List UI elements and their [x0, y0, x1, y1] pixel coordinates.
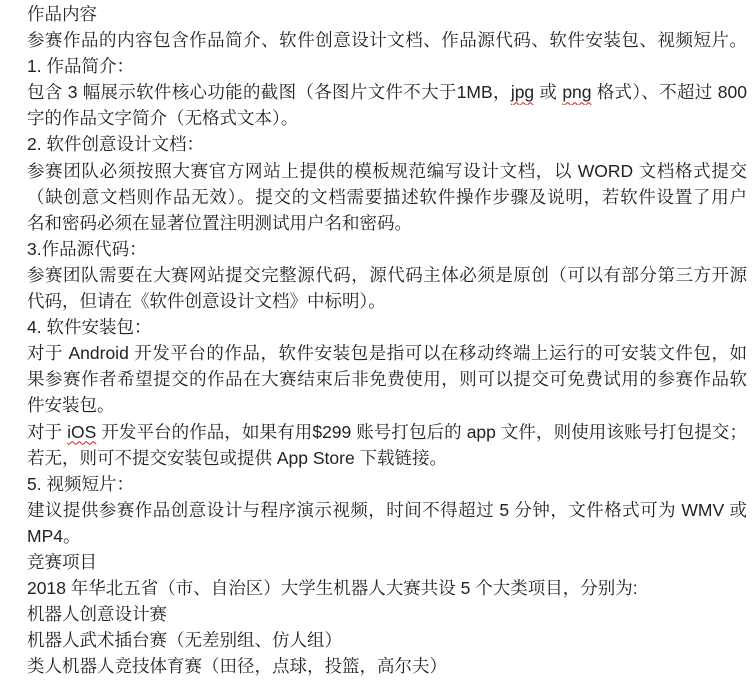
paragraph-line: 参赛团队需要在大赛网站提交完整源代码，源代码主体必须是原创（可以有部分第三方开源	[27, 262, 747, 288]
item-heading-1: 1. 作品简介：	[27, 53, 747, 79]
paragraph-line: MP4。	[27, 523, 747, 549]
paragraph-line: 若无，则可不提交安装包或提供 App Store 下载链接。	[27, 445, 747, 471]
paragraph-line: 对于 Android 开发平台的作品，软件安装包是指可以在移动终端上运行的可安装…	[27, 340, 747, 366]
event-list-line: 类人机器人竞技体育赛（田径，点球，投篮，高尔夫）	[27, 653, 747, 679]
paragraph-line: （缺创意文档则作品无效）。提交的文档需要描述软件操作步骤及说明，若软件设置了用户	[27, 184, 747, 210]
item-heading-3: 3.作品源代码：	[27, 236, 747, 262]
item-heading-2: 2. 软件创意设计文档：	[27, 131, 747, 157]
misspelled-word: png	[562, 82, 591, 102]
section-heading-work-content: 作品内容	[27, 1, 747, 27]
text-segment: 或	[534, 82, 562, 102]
paragraph-line: 2018 年华北五省（市、自治区）大学生机器人大赛共设 5 个大类项目，分别为:	[27, 575, 747, 601]
misspelled-word: iOS	[67, 422, 96, 442]
section-heading-competition-events: 竞赛项目	[27, 549, 747, 575]
paragraph-line: 包含 3 幅展示软件核心功能的截图（各图片文件不大于1MB，jpg 或 png …	[27, 79, 747, 105]
text-segment: 格式）、不超过 800	[592, 82, 747, 102]
paragraph-line: 果参赛作者希望提交的作品在大赛结束后非免费使用，则可以提交可免费试用的参赛作品软	[27, 366, 747, 392]
paragraph-line: 字的作品文字简介（无格式文本）。	[27, 105, 747, 131]
paragraph-line: 建议提供参赛作品创意设计与程序演示视频，时间不得超过 5 分钟，文件格式可为 W…	[27, 497, 747, 523]
text-segment: 对于	[27, 422, 67, 442]
text-segment: 开发平台的作品，如果有用$299 账号打包后的 app 文件，则使用该账号打包提…	[96, 422, 747, 442]
paragraph-line: 名和密码必须在显著位置注明测试用户名和密码。	[27, 210, 747, 236]
event-list-line: 机器人武术插台赛（无差别组、仿人组）	[27, 627, 747, 653]
paragraph-line: 件安装包。	[27, 392, 747, 418]
paragraph-line: 参赛团队必须按照大赛官方网站上提供的模板规范编写设计文档，以 WORD 文档格式…	[27, 158, 747, 184]
item-heading-4: 4. 软件安装包：	[27, 314, 747, 340]
paragraph-line: 代码，但请在《软件创意设计文档》中标明）。	[27, 288, 747, 314]
event-list-line: 机器人创意设计赛	[27, 601, 747, 627]
document-page: 作品内容 参赛作品的内容包含作品简介、软件创意设计文档、作品源代码、软件安装包、…	[0, 0, 753, 681]
text-segment: 包含 3 幅展示软件核心功能的截图（各图片文件不大于1MB，	[27, 82, 511, 102]
misspelled-word: jpg	[511, 82, 534, 102]
paragraph-line: 对于 iOS 开发平台的作品，如果有用$299 账号打包后的 app 文件，则使…	[27, 419, 747, 445]
paragraph-line: 参赛作品的内容包含作品简介、软件创意设计文档、作品源代码、软件安装包、视频短片。	[27, 27, 747, 53]
item-heading-5: 5. 视频短片：	[27, 471, 747, 497]
